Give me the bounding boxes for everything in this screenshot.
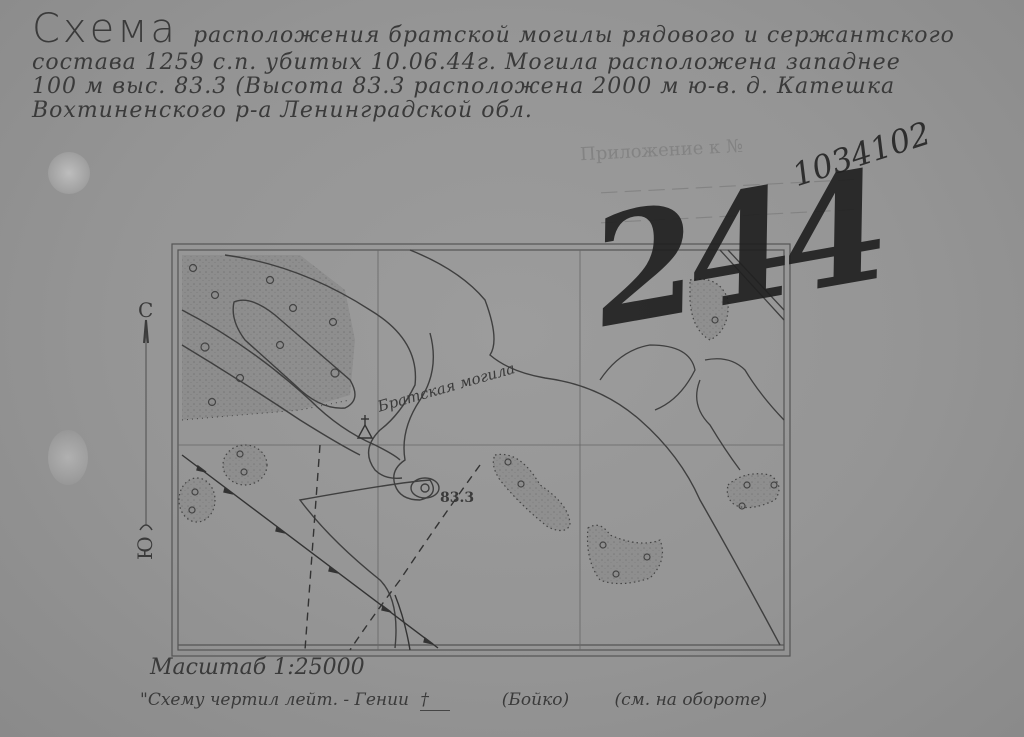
- author-line: "Схему чертил лейт. - Гении † (Бойко) (с…: [140, 690, 767, 711]
- forest-area-northwest: [182, 255, 355, 420]
- pencil-number: 244: [581, 151, 892, 349]
- compass-arrow: [140, 320, 152, 530]
- document-sheet: Схема расположения братской могилы рядов…: [0, 0, 1024, 737]
- author-name: (Бойко): [502, 690, 569, 710]
- grave-marker-icon: [358, 415, 372, 438]
- road-line: [395, 595, 410, 650]
- signature-mark: †: [420, 690, 450, 711]
- scale-label: Масштаб 1:25000: [150, 655, 365, 680]
- dashed-roads: [305, 445, 480, 650]
- height-label: 83.3: [440, 490, 474, 506]
- author-text: "Схему чертил лейт. - Гении: [140, 690, 409, 710]
- note-text: (см. на обороте): [615, 690, 768, 710]
